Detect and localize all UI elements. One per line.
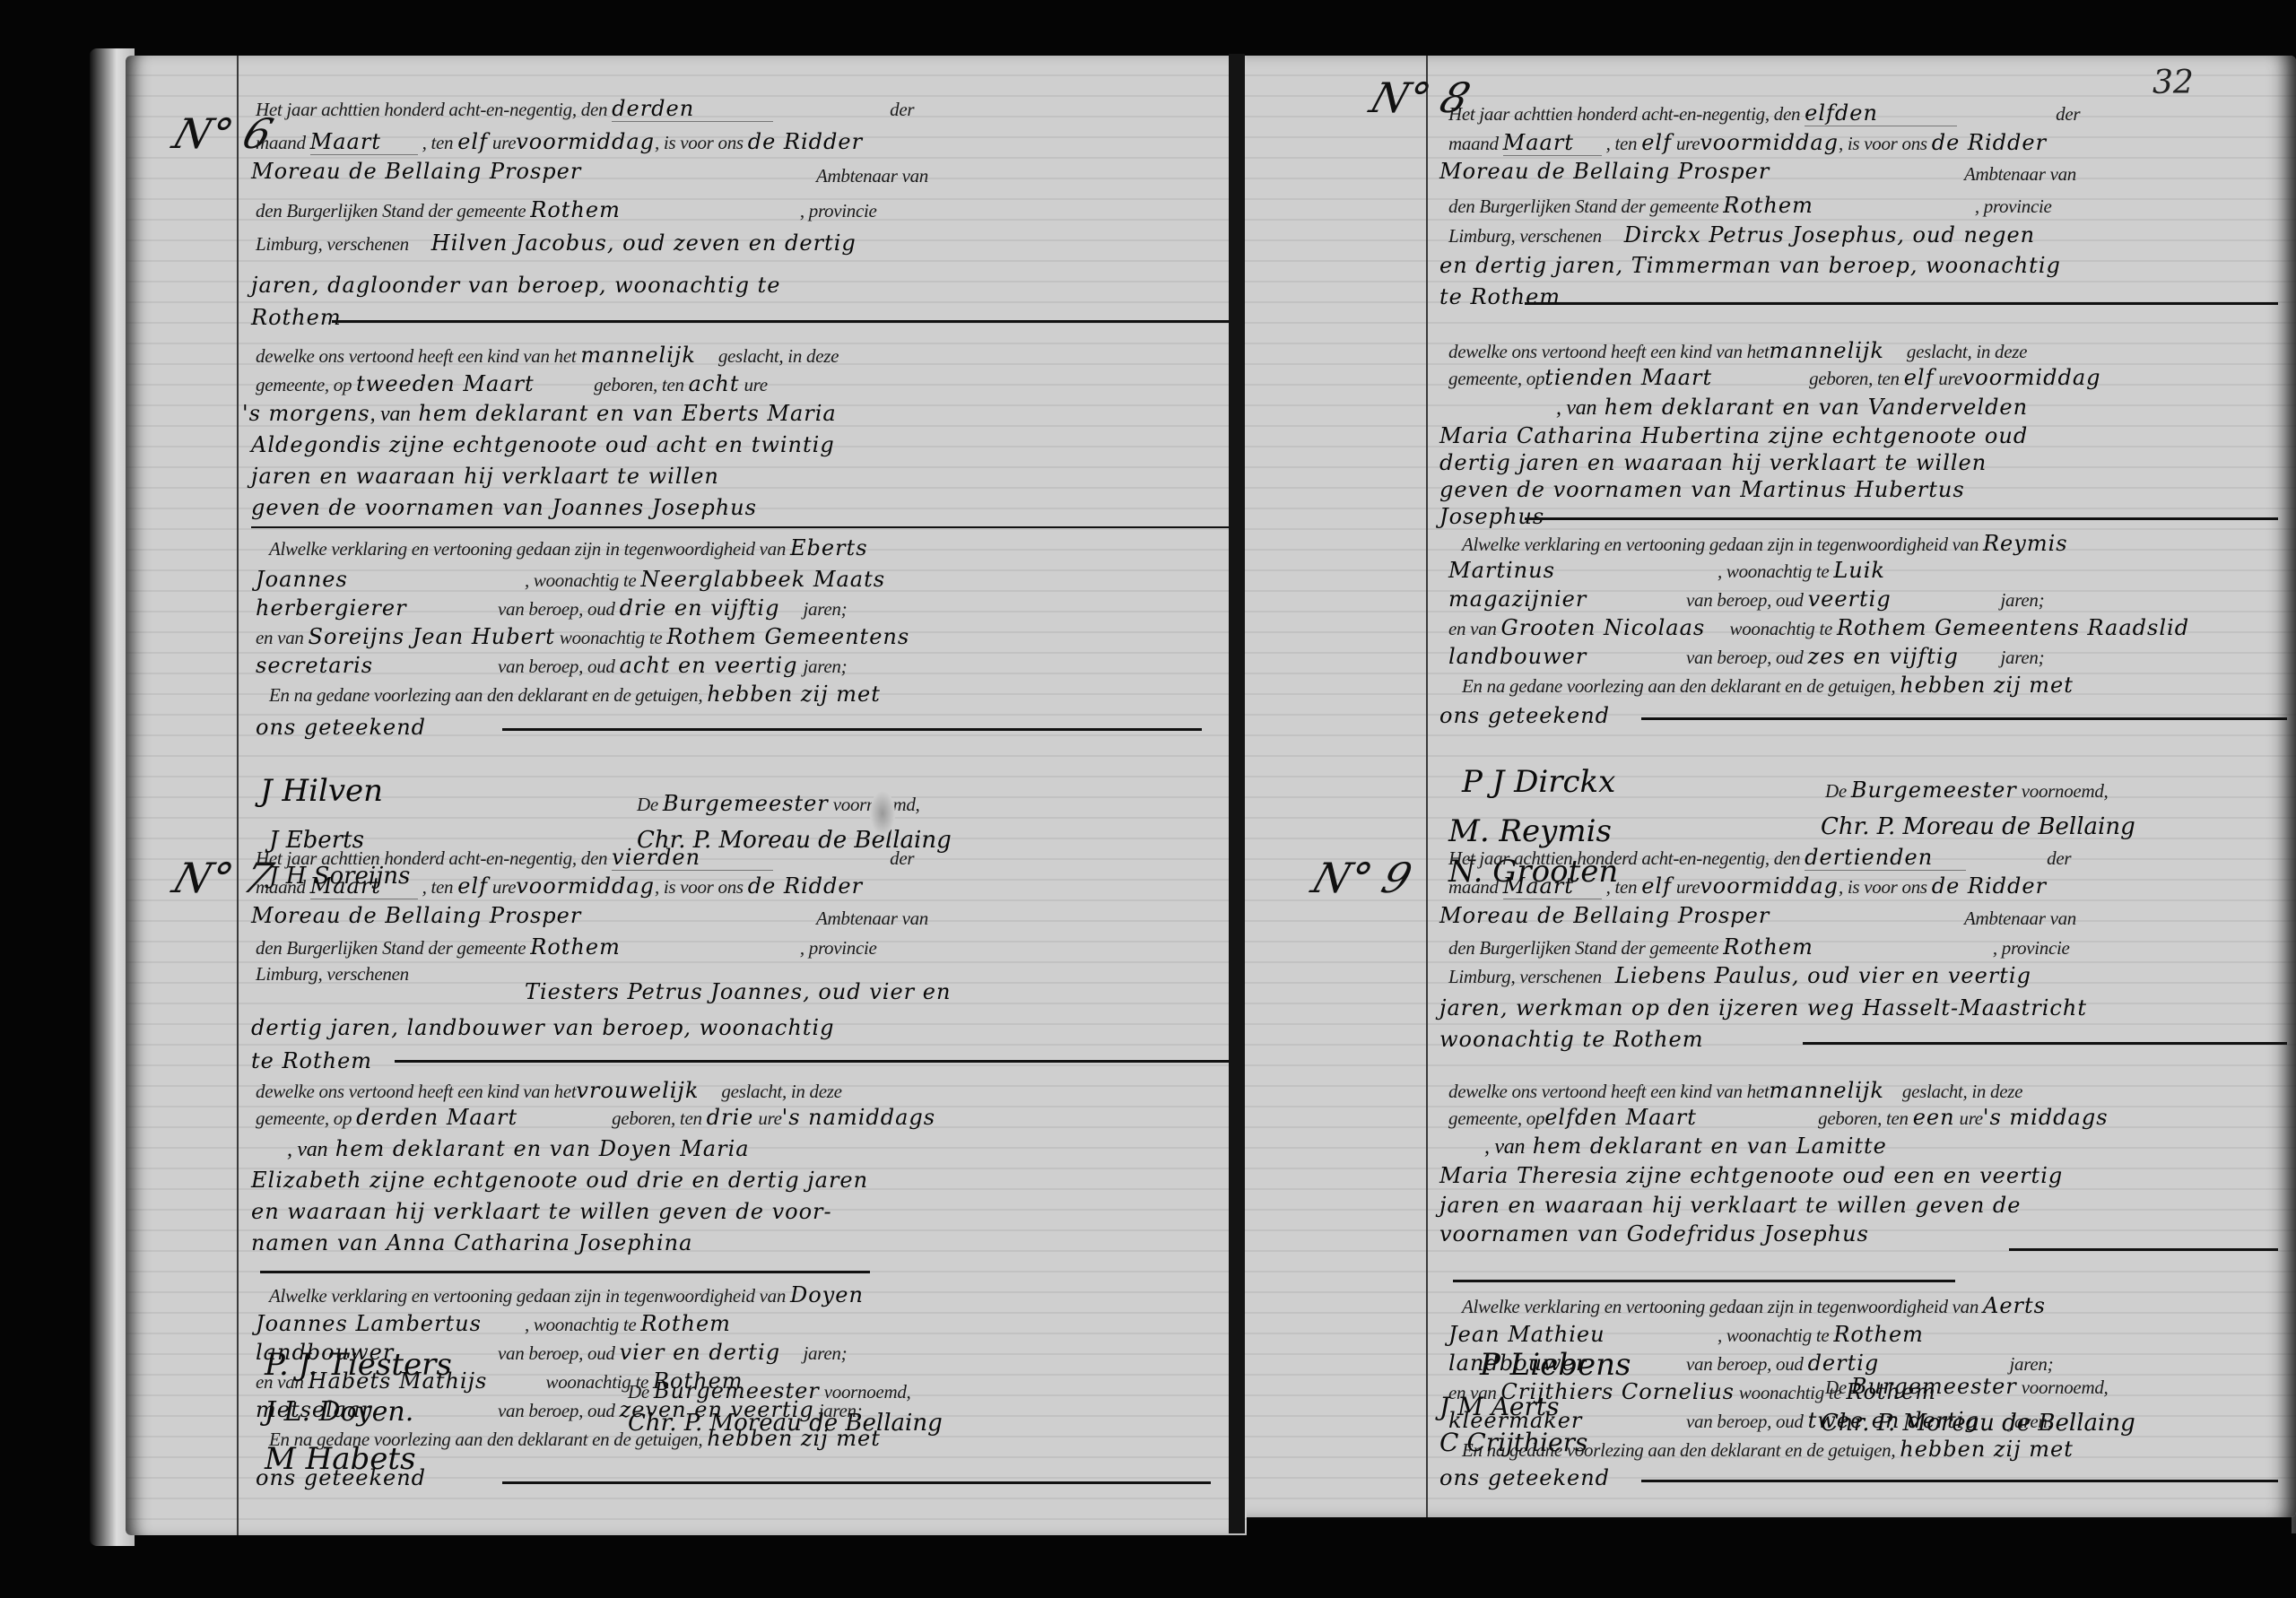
form-line-2: maand Maart , ten elf urevoormiddag, is …: [256, 129, 863, 155]
form-line-voorlezing: En na gedane voorlezing aan den deklaran…: [1462, 673, 2074, 698]
birth-line-5: voornamen van Godefridus Josephus: [1439, 1221, 1869, 1246]
witness-2-residence: en van Soreijns Jean Hubert woonachtig t…: [256, 624, 909, 649]
declarant-line-3: te Rothem: [251, 1048, 372, 1073]
form-line-alwelke: Alwelke verklaring en vertooning gedaan …: [1462, 1293, 2046, 1318]
birth-line-3: Aldegondis zijne echtgenoote oud acht en…: [251, 432, 835, 457]
declarant-line-1: Tiesters Petrus Joannes, oud vier en: [525, 979, 951, 1004]
birth-line-4: dertig jaren en waaraan hij verklaart te…: [1439, 450, 1987, 475]
open-register-book: N° 6 Het jaar achttien honderd acht-en-n…: [90, 36, 2269, 1578]
form-line-alwelke: Alwelke verklaring en vertooning gedaan …: [269, 535, 868, 560]
closing-text: ons geteekend: [1439, 1465, 1610, 1490]
record-number: N° 9: [1306, 854, 1418, 902]
form-line-verschenen: Limburg, verschenen Liebens Paulus, oud …: [1448, 963, 2031, 988]
declarant-line-2: dertig jaren, landbouwer van beroep, woo…: [251, 1015, 834, 1040]
form-line-dewelke: dewelke ons vertoond heeft een kind van …: [1448, 1078, 2022, 1103]
birth-line-1: 's morgens, van hem deklarant en van Ebe…: [242, 401, 837, 427]
section-rule: [1525, 517, 2278, 520]
closing-rule: [502, 1481, 1211, 1484]
form-line-2: maand Maart , ten elf urevoormiddag, is …: [256, 873, 863, 899]
closing-rule: [1641, 717, 2287, 720]
closing-rule: [1525, 302, 2278, 305]
form-line-gemeente: den Burgerlijken Stand der gemeente Roth…: [1448, 193, 2052, 218]
birth-line-3: Maria Theresia zijne echtgenoote oud een…: [1439, 1163, 2063, 1188]
form-line-alwelke: Alwelke verklaring en vertooning gedaan …: [1462, 531, 2068, 556]
declarant-line-2: en dertig jaren, Timmerman van beroep, w…: [1439, 253, 2061, 278]
record-6: N° 6 Het jaar achttien honderd acht-en-n…: [126, 56, 1247, 791]
birth-line-3: Maria Catharina Hubertina zijne echtgeno…: [1439, 423, 2028, 448]
section-rule: [260, 1271, 870, 1273]
form-line-2: maand Maart , ten elf urevoormiddag, is …: [1448, 130, 2047, 156]
witness-1-profession: magazijniervan beroep, oud veertig jaren…: [1448, 586, 2044, 612]
birth-line-2: , van hem deklarant en van Doyen Maria: [251, 1136, 750, 1162]
closing-text: ons geteekend: [1439, 703, 1610, 728]
right-page: 32 N° 8 Het jaar achttien honderd acht-e…: [1247, 56, 2296, 1517]
signature-mayor: Chr. P. Moreau de Bellaing: [1821, 1410, 2135, 1437]
form-line-geboren: gemeente, op tweeden Maart geboren, ten …: [256, 371, 768, 396]
witness-1-residence: Martinus, woonachtig te Luik: [1448, 558, 1885, 583]
witness-2-residence: en van Grooten Nicolaas woonachtig te Ro…: [1448, 615, 2189, 640]
label-ambtenaar: Ambtenaar van: [816, 165, 928, 187]
witness-2-profession: secretarisvan beroep, oud acht en veerti…: [256, 653, 847, 678]
form-line-2: maand Maart , ten elf urevoormiddag, is …: [1448, 873, 2047, 899]
closing-rule: [1803, 1042, 2287, 1045]
form-line-geboren: gemeente, op derden Maart geboren, ten d…: [256, 1105, 935, 1130]
label-ambtenaar: Ambtenaar van: [1964, 163, 2076, 186]
witness-1-residence: Joannes Lambertus, woonachtig te Rothem: [256, 1311, 731, 1336]
form-line-verschenen: Limburg, verschenen: [256, 963, 409, 986]
witness-1-residence: Joannes, woonachtig te Neerglabbeek Maat…: [256, 567, 885, 592]
signature-mayor: Chr. P. Moreau de Bellaing: [628, 1410, 943, 1437]
form-line-alwelke: Alwelke verklaring en vertooning gedaan …: [269, 1282, 864, 1307]
birth-line-3: Elizabeth zijne echtgenoote oud drie en …: [251, 1168, 868, 1193]
signature-declarant: P J Dirckx: [1462, 764, 1615, 800]
closing-rule: [395, 1060, 1229, 1063]
form-line-voorlezing: En na gedane voorlezing aan den deklaran…: [269, 682, 881, 707]
birth-line-2: , van hem deklarant en van Lamitte: [1439, 1133, 1887, 1159]
form-line-verschenen: Limburg, verschenen Hilven Jacobus, oud …: [256, 230, 857, 256]
form-line-dewelke: dewelke ons vertoond heeft een kind van …: [256, 343, 839, 368]
signature-witness-1: J M Aerts: [1439, 1392, 1560, 1421]
form-line-1: Het jaar achttien honderd acht-en-negent…: [256, 845, 914, 871]
officer-name: Moreau de Bellaing Prosper: [1439, 903, 1770, 928]
birth-line-5: geven de voornamen van Martinus Hubertus: [1439, 477, 1965, 502]
signature-witness-2: M Habets: [265, 1441, 416, 1477]
birth-line-4: jaren en waaraan hij verklaart te willen…: [1439, 1193, 2021, 1218]
record-8: N° 8 Het jaar achttien honderd acht-en-n…: [1247, 56, 2296, 791]
mayor-label: De Burgemeester voornoemd,: [628, 1378, 910, 1403]
officer-name: Moreau de Bellaing Prosper: [1439, 159, 1770, 184]
form-line-1: Het jaar achttien honderd acht-en-negent…: [1448, 100, 2080, 126]
signature-declarant: P Liebens: [1480, 1347, 1631, 1383]
officer-name: Moreau de Bellaing Prosper: [251, 903, 581, 928]
declarant-line-3: Rothem: [251, 305, 342, 330]
birth-line-2: , van hem deklarant en van Vandervelden: [1439, 395, 2028, 421]
signature-declarant: J Hilven: [260, 773, 383, 809]
signature-witness-1: J L. Doyen.: [265, 1396, 413, 1428]
birth-line-4: jaren en waaraan hij verklaart te willen: [251, 464, 719, 489]
birth-line-5: geven de voornamen van Joannes Josephus: [251, 495, 757, 520]
closing-rule: [502, 728, 1202, 731]
form-line-dewelke: dewelke ons vertoond heeft een kind van …: [1448, 338, 2027, 363]
label-ambtenaar: Ambtenaar van: [1964, 908, 2076, 930]
form-line-verschenen: Limburg, verschenen Dirckx Petrus Joseph…: [1448, 222, 2035, 248]
officer-name: Moreau de Bellaing Prosper: [251, 159, 581, 184]
book-gutter: [1229, 54, 1245, 1533]
section-rule: [1453, 1280, 1955, 1282]
left-page: N° 6 Het jaar achttien honderd acht-en-n…: [126, 56, 1247, 1535]
form-line-gemeente: den Burgerlijken Stand der gemeente Roth…: [1448, 934, 2070, 960]
label-ambtenaar: Ambtenaar van: [816, 908, 928, 930]
form-line-geboren: gemeente, optienden Maart geboren, ten e…: [1448, 365, 2101, 390]
signature-declarant: P. J. Tiesters: [265, 1347, 452, 1383]
declarant-line-3: woonachtig te Rothem: [1439, 1027, 1703, 1052]
closing-rule: [2009, 1248, 2278, 1251]
form-line-geboren: gemeente, opelfden Maart geboren, ten ee…: [1448, 1105, 2109, 1130]
record-9: N° 9 Het jaar achttien honderd acht-en-n…: [1247, 818, 2296, 1517]
closing-rule: [332, 320, 1229, 323]
section-rule: [251, 526, 1238, 528]
witness-1-profession: herbergierervan beroep, oud drie en vijf…: [256, 595, 847, 621]
declarant-line-3: te Rothem: [1439, 284, 1561, 309]
witness-1-residence: Jean Mathieu, woonachtig te Rothem: [1448, 1322, 1924, 1347]
mayor-label: De Burgemeester voornoemd,: [1825, 777, 2108, 803]
day-field: derden: [612, 96, 773, 122]
form-line-gemeente: den Burgerlijken Stand der gemeente Roth…: [256, 197, 877, 222]
birth-line-5: namen van Anna Catharina Josephina: [251, 1230, 692, 1255]
form-line-dewelke: dewelke ons vertoond heeft een kind van …: [256, 1078, 842, 1103]
mayor-label: De Burgemeester voornoemd,: [1825, 1374, 2108, 1399]
form-line-1: Het jaar achttien honderd acht-en-negent…: [1448, 845, 2071, 871]
birth-line-6: Josephus: [1439, 504, 1544, 529]
birth-line-4: en waaraan hij verklaart te willen geven…: [251, 1199, 832, 1224]
declarant-line-2: jaren, werkman op den ijzeren weg Hassel…: [1439, 995, 2087, 1020]
signature-witness-2: C Crijthiers: [1439, 1428, 1587, 1457]
closing-text: ons geteekend: [256, 715, 426, 740]
declarant-line-2: jaren, dagloonder van beroep, woonachtig…: [251, 273, 780, 298]
form-line-gemeente: den Burgerlijken Stand der gemeente Roth…: [256, 934, 877, 960]
form-line-1: Het jaar achttien honderd acht-en-negent…: [256, 96, 914, 122]
closing-rule: [1641, 1480, 2278, 1482]
witness-2-profession: landbouwervan beroep, oud zes en vijftig…: [1448, 644, 2044, 669]
